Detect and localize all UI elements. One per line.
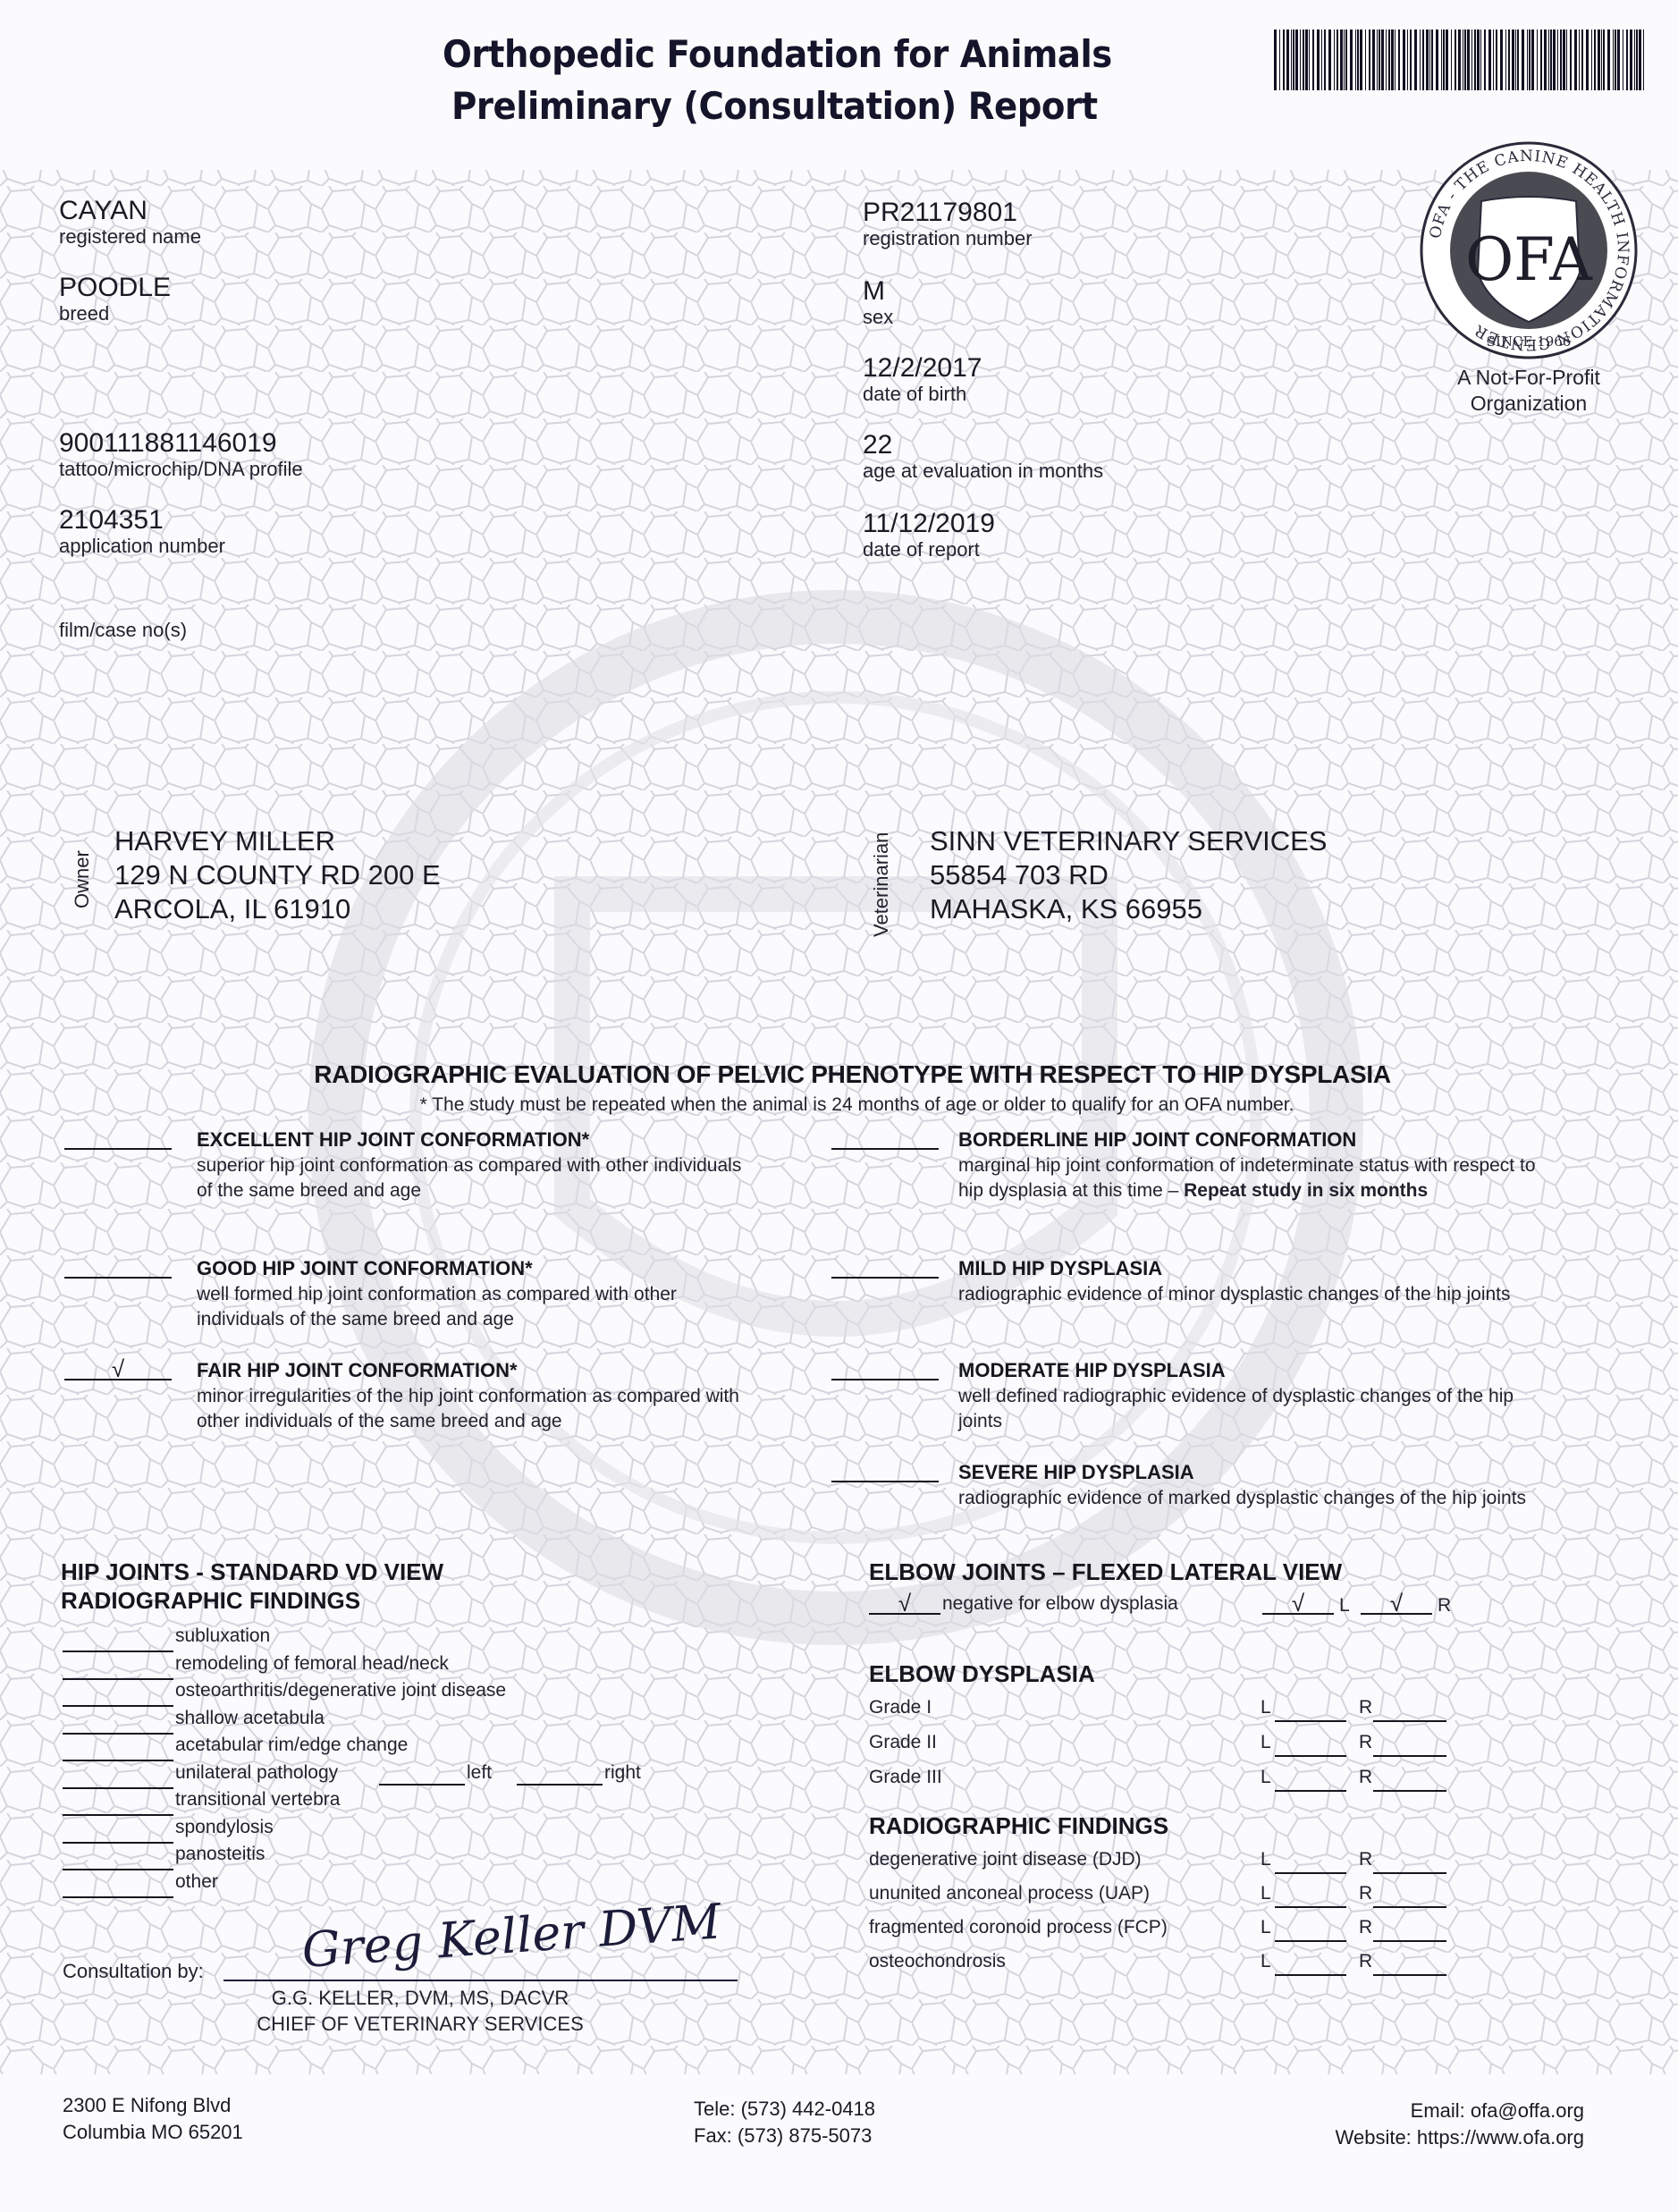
lr-row-label: Grade I [869,1697,932,1718]
footer-website[interactable]: Website: https://www.ofa.org [1336,2124,1584,2151]
barcode [1274,30,1649,90]
vet-street: 55854 703 RD [930,858,1327,892]
grade-title: EXCELLENT HIP JOINT CONFORMATION* [197,1128,589,1152]
signature-line [223,1980,738,1981]
hip-finding-label: other [175,1871,218,1893]
left-blank[interactable] [1275,1922,1346,1942]
right-label: R [1359,1883,1372,1904]
age-value: 22 [863,431,1103,460]
registered-name-label: registered name [59,225,201,249]
lr-row: ununited anconeal process (UAP)LR [869,1883,1548,1913]
lr-row: fragmented coronoid process (FCP)LR [869,1917,1548,1947]
grade-check-blank[interactable] [831,1257,939,1279]
tagline-line-2: Organization [1395,391,1663,417]
grade-check-blank[interactable] [831,1461,939,1482]
hip-finding-blank[interactable] [63,1684,173,1707]
lr-row-label: Grade II [869,1732,937,1753]
left-blank[interactable] [1275,1854,1346,1874]
grade-check-blank[interactable]: √ [64,1359,172,1380]
grade-title: MODERATE HIP DYSPLASIA [958,1359,1226,1382]
svg-text:OFA: OFA [1465,225,1593,294]
field-registered-name: CAYAN registered name [59,197,201,249]
field-microchip: 900111881146019 tattoo/microchip/DNA pro… [59,429,303,481]
hip-finding-row: spondylosis [63,1817,778,1844]
check-mark-icon: √ [898,1590,911,1617]
dob-label: date of birth [863,383,982,406]
footer-contact: Email: ofa@offa.org Website: https://www… [1336,2098,1584,2151]
hip-finding-blank[interactable] [63,1820,173,1844]
right-blank[interactable] [1373,1737,1446,1757]
field-film-case: film/case no(s) [59,588,187,642]
elbow-heading: ELBOW JOINTS – FLEXED LATERAL VIEW [869,1558,1342,1586]
right-blank[interactable] [1373,1956,1446,1976]
hip-finding-row: remodeling of femoral head/neck [63,1653,778,1680]
vet-city: MAHASKA, KS 66955 [930,892,1327,926]
application-number-value: 2104351 [59,506,225,535]
breed-label: breed [59,302,171,325]
left-check-blank[interactable]: √ [1262,1593,1334,1615]
grade-check-blank[interactable] [64,1257,172,1279]
hip-heading-line-1: HIP JOINTS - STANDARD VD VIEW [61,1558,443,1586]
lr-row: degenerative joint disease (DJD)LR [869,1849,1548,1879]
unilateral-left-label: left [467,1762,492,1784]
owner-street: 129 N COUNTY RD 200 E [114,858,441,892]
elbow-dysplasia-heading: ELBOW DYSPLASIA [869,1659,1095,1688]
consultant-block: G.G. KELLER, DVM, MS, DACVR CHIEF OF VET… [206,1985,635,2037]
lr-row: osteochondrosisLR [869,1951,1548,1981]
right-label: R [1359,1917,1372,1938]
ofa-seal-icon: OFA OFA - THE CANINE HEALTH INFORMATION … [1417,139,1640,362]
hip-finding-label: remodeling of femoral head/neck [175,1653,449,1675]
grade-description-text: well defined radiographic evidence of dy… [958,1386,1514,1431]
footer-email[interactable]: Email: ofa@offa.org [1336,2098,1584,2124]
grade-description: superior hip joint conformation as compa… [197,1153,760,1203]
field-breed: POODLE breed [59,274,171,325]
check-mark-icon: √ [1390,1590,1403,1617]
grade-description: radiographic evidence of minor dysplasti… [958,1282,1548,1307]
right-check-blank[interactable]: √ [1361,1593,1432,1615]
footer-tele: Tele: (573) 442-0418 [694,2096,875,2123]
film-case-label: film/case no(s) [59,619,187,642]
hip-finding-blank[interactable] [63,1793,173,1816]
footer-address: 2300 E Nifong Blvd Columbia MO 65201 [63,2092,243,2146]
left-label: L [1261,1767,1271,1788]
hip-finding-label: spondylosis [175,1817,274,1838]
grade-check-blank[interactable] [831,1359,939,1380]
field-age: 22 age at evaluation in months [863,431,1103,483]
grade-check-blank[interactable] [831,1128,939,1150]
elbow-findings-heading: RADIOGRAPHIC FINDINGS [869,1811,1168,1840]
field-sex: M sex [863,277,893,329]
grade-description: marginal hip joint conformation of indet… [958,1153,1548,1203]
unilateral-left-blank[interactable] [379,1766,465,1786]
tagline-line-1: A Not-For-Profit [1395,365,1663,391]
hip-finding-blank[interactable] [63,1847,173,1870]
owner-name: HARVEY MILLER [114,824,441,858]
consultant-name: G.G. KELLER, DVM, MS, DACVR [206,1985,635,2011]
left-label: L [1261,1917,1271,1938]
hip-finding-label: transitional vertebra [175,1789,340,1811]
consultation-label: Consultation by: [63,1960,204,1983]
owner-address-block: HARVEY MILLER 129 N COUNTY RD 200 E ARCO… [114,824,441,926]
hip-finding-blank[interactable] [63,1657,173,1680]
microchip-value: 900111881146019 [59,429,303,458]
title-line-2: Preliminary (Consultation) Report [451,84,1098,128]
hip-finding-row: transitional vertebra [63,1789,778,1816]
hip-finding-label: subluxation [175,1625,270,1647]
hip-finding-row: subluxation [63,1625,778,1652]
hip-finding-label: osteoarthritis/degenerative joint diseas… [175,1680,506,1701]
svg-text:SINCE 1966: SINCE 1966 [1487,333,1572,350]
field-date-of-birth: 12/2/2017 date of birth [863,354,982,406]
hip-finding-blank[interactable] [63,1629,173,1652]
left-blank[interactable] [1275,1702,1346,1722]
hip-finding-label: acetabular rim/edge change [175,1735,408,1756]
grade-title: BORDERLINE HIP JOINT CONFORMATION [958,1128,1356,1152]
lr-row: Grade ILR [869,1697,1548,1727]
hip-finding-row: other [63,1871,778,1898]
report-date-value: 11/12/2019 [863,510,995,538]
vet-address-block: SINN VETERINARY SERVICES 55854 703 RD MA… [930,824,1327,926]
right-label: R [1359,1951,1372,1972]
lr-row-label: fragmented coronoid process (FCP) [869,1917,1168,1938]
grade-description: radiographic evidence of marked dysplast… [958,1486,1548,1511]
right-blank[interactable] [1373,1888,1446,1908]
elbow-negative-row: √ negative for elbow dysplasia √ L √ R [869,1593,1548,1629]
microchip-label: tattoo/microchip/DNA profile [59,458,303,481]
logo-tagline: A Not-For-Profit Organization [1395,365,1663,417]
footer-fax: Fax: (573) 875-5073 [694,2123,875,2149]
grade-title: MILD HIP DYSPLASIA [958,1257,1162,1280]
hip-finding-row: shallow acetabula [63,1708,778,1735]
hip-finding-label: unilateral pathology [175,1762,338,1784]
grade-description: well formed hip joint conformation as co… [197,1282,760,1332]
right-label: R [1359,1732,1372,1753]
age-label: age at evaluation in months [863,460,1103,483]
right-label: R [1438,1595,1451,1617]
hip-finding-blank[interactable] [63,1766,173,1789]
grade-description-text: well formed hip joint conformation as co… [197,1284,677,1330]
hip-finding-row: panosteitis [63,1844,778,1870]
evaluation-heading: RADIOGRAPHIC EVALUATION OF PELVIC PHENOT… [0,1060,1678,1089]
check-mark-icon: √ [112,1355,124,1382]
right-blank[interactable] [1373,1702,1446,1722]
hip-finding-row: unilateral pathologyleftright [63,1762,778,1789]
left-blank[interactable] [1275,1737,1346,1757]
grade-description-text: superior hip joint conformation as compa… [197,1155,741,1201]
report-date-label: date of report [863,538,995,561]
negative-check-blank[interactable]: √ [869,1593,940,1615]
left-label: L [1261,1883,1271,1904]
left-label: L [1261,1697,1271,1718]
field-registration-number: PR21179801 registration number [863,198,1033,250]
grade-check-blank[interactable] [64,1128,172,1150]
left-label: L [1261,1732,1271,1753]
hip-findings-heading: HIP JOINTS - STANDARD VD VIEW RADIOGRAPH… [61,1558,443,1615]
owner-city: ARCOLA, IL 61910 [114,892,441,926]
right-label: R [1359,1849,1372,1870]
left-blank[interactable] [1275,1956,1346,1976]
hip-finding-label: panosteitis [175,1844,265,1865]
lr-row-label: osteochondrosis [869,1951,1006,1972]
grade-description-bold: Repeat study in six months [1184,1180,1428,1201]
title-line-1: Orthopedic Foundation for Animals [443,32,1112,76]
sex-value: M [863,277,893,306]
vet-name: SINN VETERINARY SERVICES [930,824,1327,858]
grade-title: FAIR HIP JOINT CONFORMATION* [197,1359,518,1382]
field-application-number: 2104351 application number [59,506,225,558]
hip-finding-row: acetabular rim/edge change [63,1735,778,1761]
grade-description-text: minor irregularities of the hip joint co… [197,1386,739,1431]
lr-row-label: ununited anconeal process (UAP) [869,1883,1150,1904]
lr-row: Grade IILR [869,1732,1548,1762]
registered-name-value: CAYAN [59,197,201,225]
hip-finding-blank[interactable] [63,1738,173,1761]
evaluation-note: * The study must be repeated when the an… [0,1094,1678,1116]
right-blank[interactable] [1373,1854,1446,1874]
footer-address-line-2: Columbia MO 65201 [63,2119,243,2146]
application-number-label: application number [59,535,225,558]
footer-address-line-1: 2300 E Nifong Blvd [63,2092,243,2119]
footer-phone: Tele: (573) 442-0418 Fax: (573) 875-5073 [694,2096,875,2149]
grade-description: well defined radiographic evidence of dy… [958,1384,1548,1434]
lr-row-label: Grade III [869,1767,942,1788]
left-blank[interactable] [1275,1772,1346,1792]
owner-section-label: Owner [71,850,94,908]
ofa-logo: OFA OFA - THE CANINE HEALTH INFORMATION … [1417,139,1640,362]
left-blank[interactable] [1275,1888,1346,1908]
lr-row: Grade IIILR [869,1767,1548,1797]
grade-description-text: radiographic evidence of marked dysplast… [958,1488,1526,1508]
dob-value: 12/2/2017 [863,354,982,383]
veterinarian-section-label: Veterinarian [870,832,893,937]
registration-number-value: PR21179801 [863,198,1033,227]
breed-value: POODLE [59,274,171,302]
right-blank[interactable] [1373,1772,1446,1792]
right-label: R [1359,1697,1372,1718]
hip-finding-blank[interactable] [63,1711,173,1735]
sex-label: sex [863,306,893,329]
right-blank[interactable] [1373,1922,1446,1942]
grade-title: SEVERE HIP DYSPLASIA [958,1461,1194,1484]
right-label: R [1359,1767,1372,1788]
hip-heading-line-2: RADIOGRAPHIC FINDINGS [61,1586,443,1615]
consultant-title: CHIEF OF VETERINARY SERVICES [206,2011,635,2037]
registration-number-label: registration number [863,227,1033,250]
hip-finding-blank[interactable] [63,1875,173,1898]
left-label: L [1339,1595,1350,1617]
grade-title: GOOD HIP JOINT CONFORMATION* [197,1257,533,1280]
lr-row-label: degenerative joint disease (DJD) [869,1849,1142,1870]
unilateral-right-label: right [604,1762,641,1784]
left-label: L [1261,1849,1271,1870]
grade-description: minor irregularities of the hip joint co… [197,1384,760,1434]
grade-description-text: radiographic evidence of minor dysplasti… [958,1284,1511,1304]
left-label: L [1261,1951,1271,1972]
field-date-of-report: 11/12/2019 date of report [863,510,995,561]
hip-finding-row: osteoarthritis/degenerative joint diseas… [63,1680,778,1707]
unilateral-right-blank[interactable] [517,1766,603,1786]
negative-label: negative for elbow dysplasia [942,1593,1178,1615]
check-mark-icon: √ [1292,1590,1304,1617]
hip-finding-label: shallow acetabula [175,1708,325,1729]
